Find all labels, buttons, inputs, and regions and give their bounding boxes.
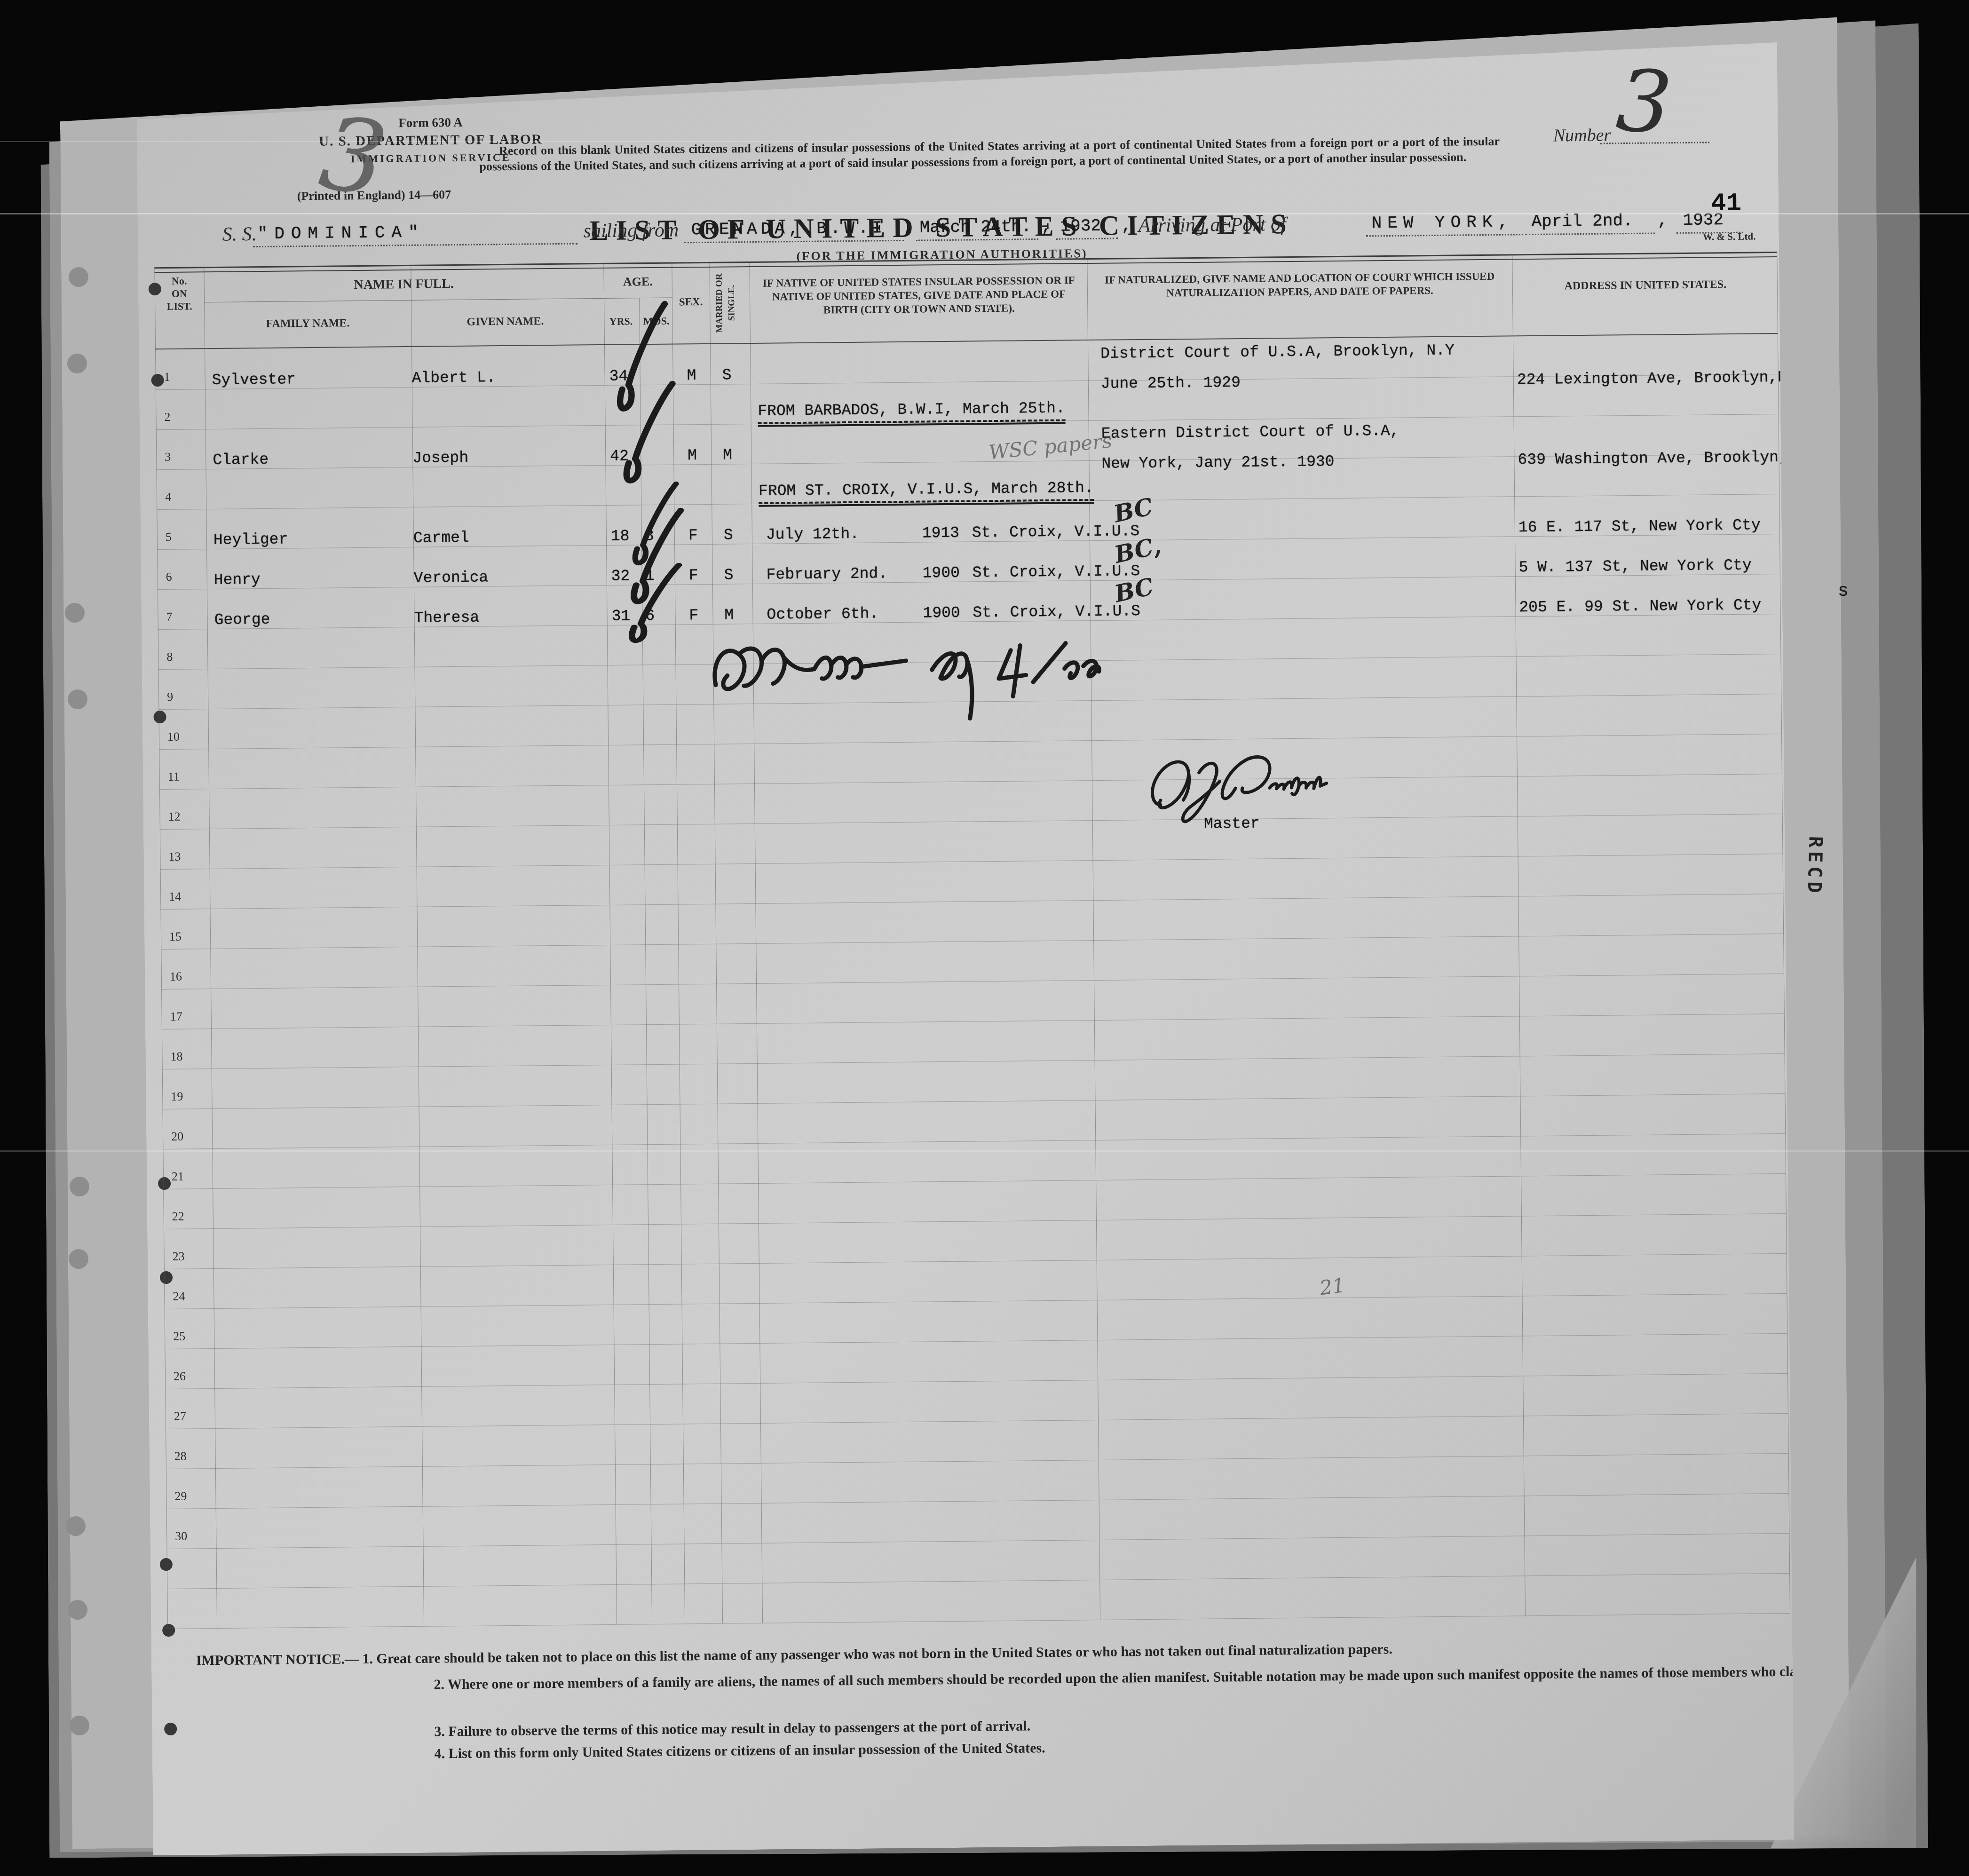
separator-comma: ,: [1041, 215, 1052, 238]
separator-comma: ,: [903, 216, 913, 240]
binder-hole: [70, 1716, 89, 1735]
recd-stamp: RECD: [1803, 836, 1826, 896]
header-married-or-single: MARRIED OR SINGLE.: [713, 265, 748, 341]
header-sex: SEX.: [672, 296, 710, 309]
married-or-single: M: [723, 446, 732, 464]
ink-page-number: 3: [1613, 50, 1675, 154]
ship-name: "DOMINICA": [253, 220, 577, 248]
row-number: 7: [166, 610, 172, 624]
birth-place: St. Croix, V.I.U.S: [973, 602, 1140, 621]
binder-hole: [67, 354, 87, 373]
film-scratch: [0, 141, 894, 142]
family-name: Clarke: [213, 451, 269, 469]
age-years: 18: [611, 527, 630, 545]
row-number: 23: [172, 1250, 184, 1264]
notice-item-1: 1. Great care should be taken not to pla…: [362, 1641, 1392, 1667]
notice-item-2: 2. Where one or more members of a family…: [434, 1662, 1913, 1693]
row-number: 10: [167, 730, 180, 744]
birth-date: October 6th.: [767, 605, 878, 623]
given-name: Carmel: [413, 529, 469, 547]
checkmark-icon: [620, 381, 676, 484]
binder-hole: [68, 689, 87, 709]
header-no-on-list: No. ON LIST.: [159, 274, 200, 313]
inspector-signature: EPAbbott Insp 4/pm: [706, 625, 1121, 722]
arriving-label: Arriving at Port of: [1138, 213, 1286, 237]
ss-label: S. S.: [222, 222, 257, 246]
printer-mark: W. & S. Ltd.: [1703, 230, 1756, 243]
row-number: 6: [166, 570, 172, 584]
header-naturalization: IF NATURALIZED, GIVE NAME AND LOCATION O…: [1100, 269, 1500, 301]
separator-comma: ,: [1657, 209, 1668, 232]
row-number: 20: [171, 1130, 183, 1144]
birth-date: July 12th.: [766, 525, 859, 544]
important-notice-line1: IMPORTANT NOTICE.— 1. Great care should …: [196, 1638, 1781, 1669]
passenger-table: No. ON LIST. NAME IN FULL. FAMILY NAME. …: [154, 252, 1790, 1629]
row-number: 1: [164, 370, 170, 384]
sex: F: [689, 567, 698, 584]
sex: M: [687, 367, 696, 384]
sex: F: [688, 527, 698, 544]
master-label: Master: [1204, 815, 1260, 833]
binder-hole: [66, 1516, 86, 1536]
given-name: Theresa: [414, 609, 479, 627]
header-age: AGE.: [604, 275, 672, 289]
birth-year: 1913: [922, 524, 960, 542]
binder-hole: [69, 1249, 88, 1269]
checkmark-icon: [625, 563, 682, 643]
punch-dot: [164, 1723, 177, 1735]
us-address: 16 E. 117 St, New York Cty: [1518, 516, 1761, 536]
film-scratch: [0, 1150, 1969, 1152]
given-name: Joseph: [412, 449, 468, 467]
us-address: 205 E. 99 St. New York Cty: [1519, 596, 1761, 616]
departure-year: 1932: [1055, 214, 1118, 239]
sex: M: [688, 447, 697, 464]
given-name: Veronica: [414, 569, 489, 587]
birth-year: 1900: [923, 604, 960, 622]
departure-date: March 24th.: [916, 215, 1038, 241]
separator-comma: ,: [1121, 214, 1131, 237]
binder-hole: [70, 1177, 89, 1196]
row-number: 19: [171, 1090, 183, 1104]
header-address: ADDRESS IN UNITED STATES.: [1518, 278, 1772, 293]
row-number: 25: [173, 1330, 185, 1344]
row-number: 16: [170, 970, 182, 984]
birth-place: St. Croix, V.I.U.S: [973, 562, 1140, 581]
departure-port: GRENADA, B.W.I: [684, 216, 903, 243]
row-number: 24: [173, 1290, 185, 1304]
row-number: 29: [174, 1489, 187, 1504]
manifest-sheet: Form 630 A U. S. DEPARTMENT OF LABOR IMM…: [136, 42, 1795, 1855]
row-number: 3: [165, 450, 171, 464]
pencil-note: WSC papers: [988, 429, 1113, 464]
row-number: 12: [168, 810, 180, 824]
naturalization-court: District Court of U.S.A, Brooklyn, N.Y: [1100, 342, 1455, 363]
binder-hole: [69, 267, 88, 287]
birth-date: February 2nd.: [767, 565, 888, 583]
row-number: 4: [165, 490, 171, 504]
binder-hole: [65, 603, 85, 623]
row-number: 15: [169, 930, 182, 944]
us-address: 5 W. 137 St, New York Cty: [1518, 557, 1751, 577]
row-number: 22: [172, 1210, 184, 1224]
given-name: Albert L.: [411, 369, 496, 387]
row-number: 17: [170, 1010, 182, 1024]
row-number: 18: [170, 1050, 182, 1064]
film-scratch: [0, 213, 1969, 214]
master-signature: AY Drysdale: [1139, 742, 1423, 829]
header-given-name: GIVEN NAME.: [418, 315, 592, 329]
row-number: 11: [168, 770, 180, 784]
row-number: 14: [169, 890, 181, 904]
header-family-name: FAMILY NAME.: [221, 317, 395, 331]
naturalization-court: Eastern District Court of U.S.A,: [1101, 422, 1400, 443]
row-number: 2: [164, 410, 170, 424]
microfilm-scan: RECD s Form 630 A U. S. DEPARTMENT OF LA…: [0, 0, 1969, 1876]
binder-hole: [68, 1600, 87, 1620]
family-name: Sylvester: [212, 371, 296, 389]
row-number: 27: [174, 1409, 186, 1424]
married-or-single: S: [722, 366, 731, 384]
row-number: 26: [174, 1369, 186, 1384]
sailing-from-label: sailing from: [583, 218, 679, 243]
married-or-single: M: [724, 606, 734, 624]
family-name: Henry: [214, 571, 261, 589]
row-number: 13: [168, 850, 181, 864]
pencil-mark: 21: [1318, 1274, 1346, 1300]
birth-place: St. Croix, V.I.U.S: [972, 522, 1140, 541]
birth-year: 1900: [923, 564, 960, 582]
family-name: Heyliger: [214, 530, 288, 549]
header-birth: IF NATIVE OF UNITED STATES INSULAR POSSE…: [761, 273, 1077, 317]
header-name-in-full: NAME IN FULL.: [204, 275, 604, 294]
header-sub-divider: [204, 298, 672, 303]
form-instructions: Record on this blank United States citiz…: [479, 134, 1500, 174]
married-or-single: S: [724, 526, 733, 544]
notice-label: IMPORTANT NOTICE.—: [196, 1651, 359, 1668]
row-number: 9: [167, 690, 173, 704]
row-number: 30: [175, 1529, 187, 1544]
row-number: 5: [166, 530, 172, 544]
edge-stray-letter: s: [1838, 581, 1849, 602]
row-number: 8: [166, 650, 173, 664]
sex: F: [689, 607, 698, 624]
family-name: George: [214, 611, 270, 629]
row-number: 28: [174, 1449, 187, 1464]
married-or-single: S: [724, 566, 734, 584]
row-number: 21: [172, 1170, 184, 1184]
